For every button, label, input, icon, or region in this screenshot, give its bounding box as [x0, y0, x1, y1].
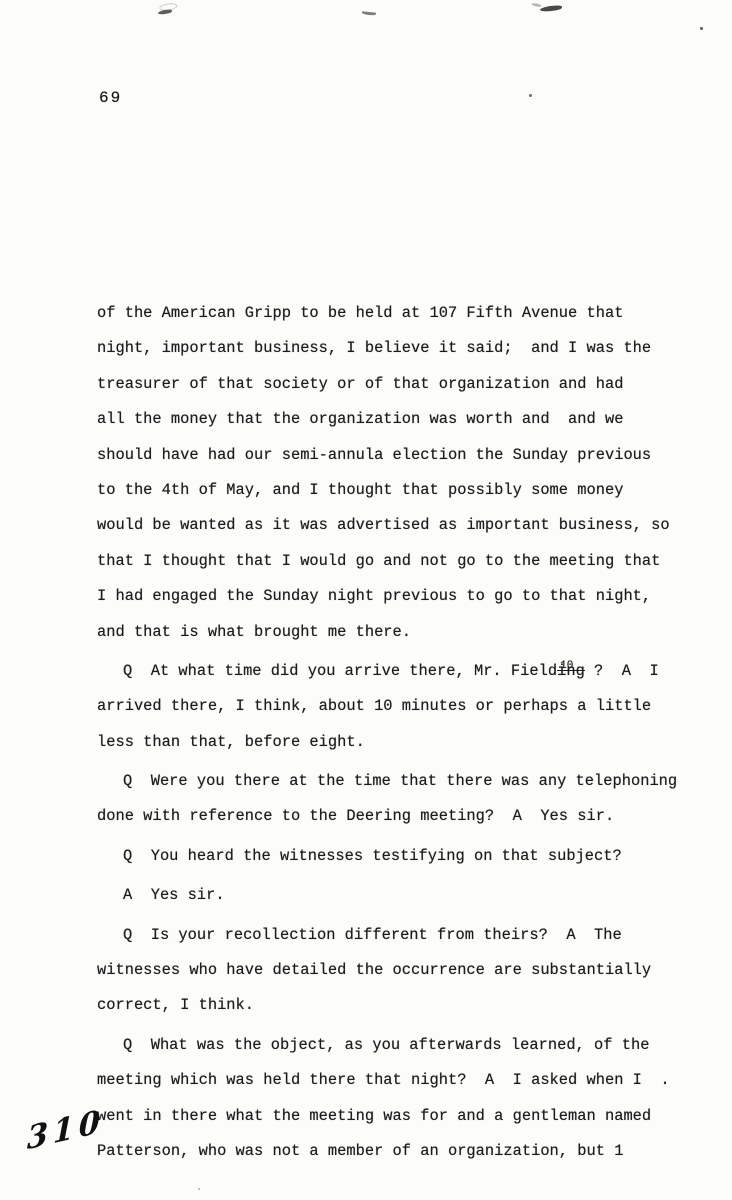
transcript-line: Q Were you there at the time that there … — [97, 764, 707, 799]
transcript-line: Q You heard the witnesses testifying on … — [97, 839, 707, 874]
transcript-line: done with reference to the Deering meeti… — [97, 799, 707, 834]
transcript-line: Patterson, who was not a member of an or… — [97, 1134, 707, 1169]
transcript-page: 69 of the American Gripp to be held at 1… — [0, 0, 732, 1200]
superscript-annotation: 10 — [560, 649, 573, 684]
transcript-line: Q At what time did you arrive there, Mr.… — [97, 654, 707, 689]
transcript-line: should have had our semi-annula election… — [97, 438, 707, 473]
transcript-line: meeting which was held there that night?… — [97, 1063, 707, 1098]
transcript-line: Q What was the object, as you afterwards… — [97, 1028, 707, 1063]
ink-smudge — [158, 9, 172, 15]
transcript-line: I had engaged the Sunday night previous … — [97, 579, 707, 614]
transcript-line: arrived there, I think, about 10 minutes… — [97, 689, 707, 724]
transcript-line: would be wanted as it was advertised as … — [97, 508, 707, 543]
transcript-line: and that is what brought me there. — [97, 615, 707, 650]
transcript-line: of the American Gripp to be held at 107 … — [97, 296, 707, 331]
transcript-line: A Yes sir. — [97, 878, 707, 913]
page-number: 69 — [99, 89, 122, 107]
transcript-lines: of the American Gripp to be held at 107 … — [97, 296, 707, 1169]
transcript-line: night, important business, I believe it … — [97, 331, 707, 366]
transcript-line: witnesses who have detailed the occurren… — [97, 953, 707, 988]
ink-speck — [700, 27, 703, 30]
transcript-line: correct, I think. — [97, 988, 707, 1023]
transcript-line: less than that, before eight. — [97, 725, 707, 760]
transcript-line: went in there what the meeting was for a… — [97, 1099, 707, 1134]
ink-speck — [198, 1188, 200, 1190]
transcript-line: all the money that the organization was … — [97, 402, 707, 437]
ink-smudge — [540, 5, 562, 12]
transcript-line: that I thought that I would go and not g… — [97, 544, 707, 579]
handwritten-page-number: 310 — [27, 1102, 105, 1157]
transcript-line: to the 4th of May, and I thought that po… — [97, 473, 707, 508]
ink-speck — [529, 94, 532, 97]
overstruck-text: ing10 — [557, 662, 585, 680]
transcript-line: treasurer of that society or of that org… — [97, 367, 707, 402]
transcript-line: Q Is your recollection different from th… — [97, 918, 707, 953]
ink-smudge — [362, 11, 376, 15]
